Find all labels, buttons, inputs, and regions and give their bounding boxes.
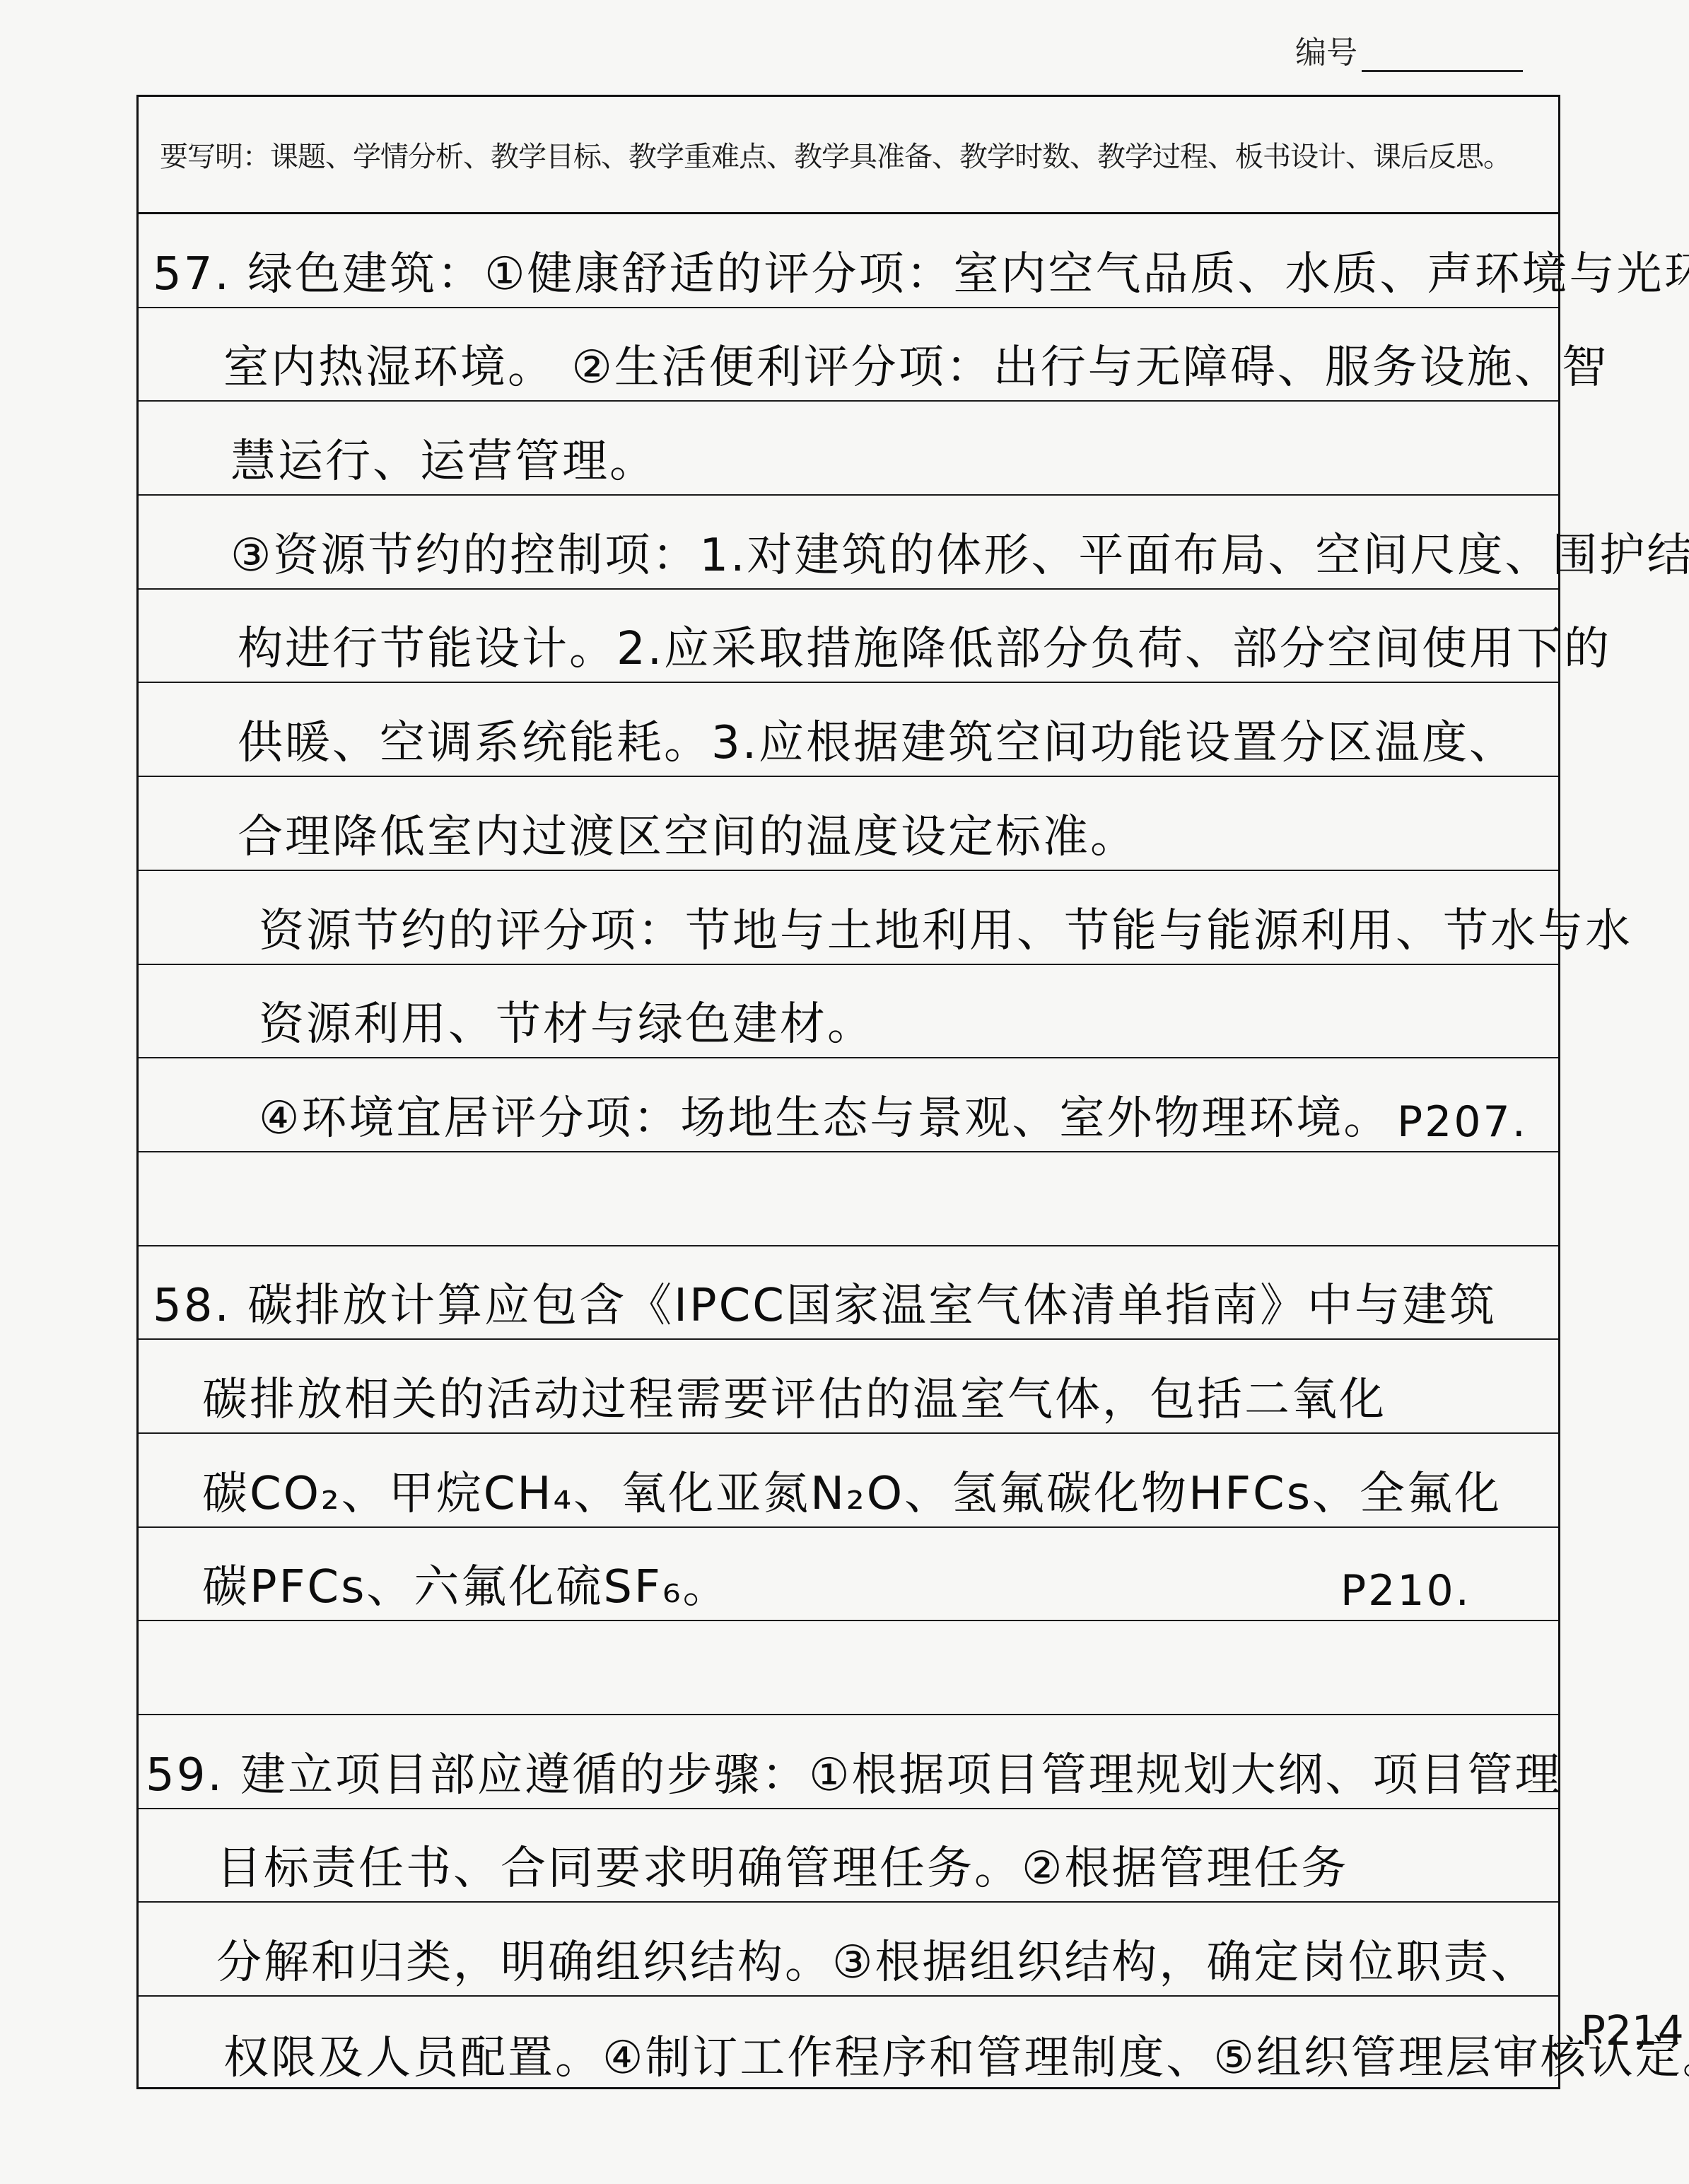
handwritten-line: 资源利用、节材与绿色建材。 (259, 988, 875, 1053)
handwritten-line: 合理降低室内过渡区空间的温度设定标准。 (238, 800, 1138, 865)
handwritten-line: 碳排放相关的活动过程需要评估的温室气体，包括二氧化 (202, 1363, 1386, 1428)
handwritten-line: 碳CO₂、甲烷CH₄、氧化亚氮N₂O、氢氟碳化物HFCs、全氟化 (202, 1457, 1502, 1522)
ruled-row: 碳CO₂、甲烷CH₄、氧化亚氮N₂O、氢氟碳化物HFCs、全氟化 (139, 1434, 1558, 1528)
ruled-row: ④环境宜居评分项：场地生态与景观、室外物理环境。P207. (139, 1058, 1558, 1152)
ruled-row (139, 1152, 1558, 1246)
ruled-row: 供暖、空调系统能耗。3.应根据建筑空间功能设置分区温度、 (139, 683, 1558, 777)
ruled-row: 57. 绿色建筑：①健康舒适的评分项：室内空气品质、水质、声环境与光环境、 (139, 214, 1558, 308)
page-reference: P210. (1340, 1566, 1471, 1616)
ruled-row: 室内热湿环境。 ②生活便利评分项：出行与无障碍、服务设施、智 (139, 308, 1558, 402)
ruled-row: 资源节约的评分项：节地与土地利用、节能与能源利用、节水与水 (139, 871, 1558, 965)
handwritten-line: 分解和归类，明确组织结构。③根据组织结构，确定岗位职责、 (216, 1926, 1538, 1991)
ruled-row: 目标责任书、合同要求明确管理任务。②根据管理任务 (139, 1809, 1558, 1903)
ruled-row: 59. 建立项目部应遵循的步骤：①根据项目管理规划大纲、项目管理 (139, 1715, 1558, 1809)
handwritten-line: 慧运行、运营管理。 (230, 425, 657, 490)
page-reference: P207. (1397, 1097, 1528, 1147)
serial-number-blank (1362, 37, 1523, 72)
ruled-row: 资源利用、节材与绿色建材。 (139, 965, 1558, 1059)
handwritten-line: 构进行节能设计。2.应采取措施降低部分负荷、部分空间使用下的 (238, 612, 1611, 677)
serial-number-field: 编号 (1295, 27, 1523, 72)
page-reference-margin: P214 (1581, 2007, 1684, 2055)
handwritten-line: 供暖、空调系统能耗。3.应根据建筑空间功能设置分区温度、 (238, 706, 1516, 771)
handwritten-line: 目标责任书、合同要求明确管理任务。②根据管理任务 (216, 1832, 1348, 1897)
ruled-row: 权限及人员配置。④制订工作程序和管理制度、⑤组织管理层审核认定。 (139, 1997, 1558, 2091)
handwritten-line: 59. 建立项目部应遵循的步骤：①根据项目管理规划大纲、项目管理 (146, 1739, 1562, 1804)
ruled-row: 碳排放相关的活动过程需要评估的温室气体，包括二氧化 (139, 1340, 1558, 1434)
lesson-plan-sheet: 要写明：课题、学情分析、教学目标、教学重难点、教学具准备、教学时数、教学过程、板… (136, 95, 1560, 2089)
ruled-row: 合理降低室内过渡区空间的温度设定标准。 (139, 777, 1558, 871)
handwritten-line: 碳PFCs、六氟化硫SF₆。 (202, 1551, 730, 1616)
handwritten-line: ④环境宜居评分项：场地生态与景观、室外物理环境。 (259, 1082, 1391, 1147)
handwritten-line: 58. 碳排放计算应包含《IPCC国家温室气体清单指南》中与建筑 (153, 1269, 1497, 1334)
handwritten-line: ③资源节约的控制项：1.对建筑的体形、平面布局、空间尺度、围护结 (230, 519, 1689, 584)
ruled-row: 58. 碳排放计算应包含《IPCC国家温室气体清单指南》中与建筑 (139, 1246, 1558, 1341)
ruled-row: 慧运行、运营管理。 (139, 402, 1558, 496)
ruled-row: 碳PFCs、六氟化硫SF₆。P210. (139, 1528, 1558, 1622)
ruled-row: 分解和归类，明确组织结构。③根据组织结构，确定岗位职责、 (139, 1903, 1558, 1997)
ruled-row: ③资源节约的控制项：1.对建筑的体形、平面布局、空间尺度、围护结 (139, 496, 1558, 590)
ruled-row: 构进行节能设计。2.应采取措施降低部分负荷、部分空间使用下的 (139, 590, 1558, 684)
handwritten-line: 权限及人员配置。④制订工作程序和管理制度、⑤组织管理层审核认定。 (223, 2021, 1689, 2086)
handwritten-line: 资源节约的评分项：节地与土地利用、节能与能源利用、节水与水 (259, 894, 1632, 959)
serial-number-label: 编号 (1295, 27, 1357, 72)
ruled-rows: 57. 绿色建筑：①健康舒适的评分项：室内空气品质、水质、声环境与光环境、室内热… (139, 214, 1558, 2091)
handwritten-line: 室内热湿环境。 ②生活便利评分项：出行与无障碍、服务设施、智 (223, 331, 1609, 396)
instruction-header: 要写明：课题、学情分析、教学目标、教学重难点、教学具准备、教学时数、教学过程、板… (139, 97, 1558, 214)
handwritten-line: 57. 绿色建筑：①健康舒适的评分项：室内空气品质、水质、声环境与光环境、 (153, 238, 1689, 303)
ruled-row (139, 1621, 1558, 1715)
